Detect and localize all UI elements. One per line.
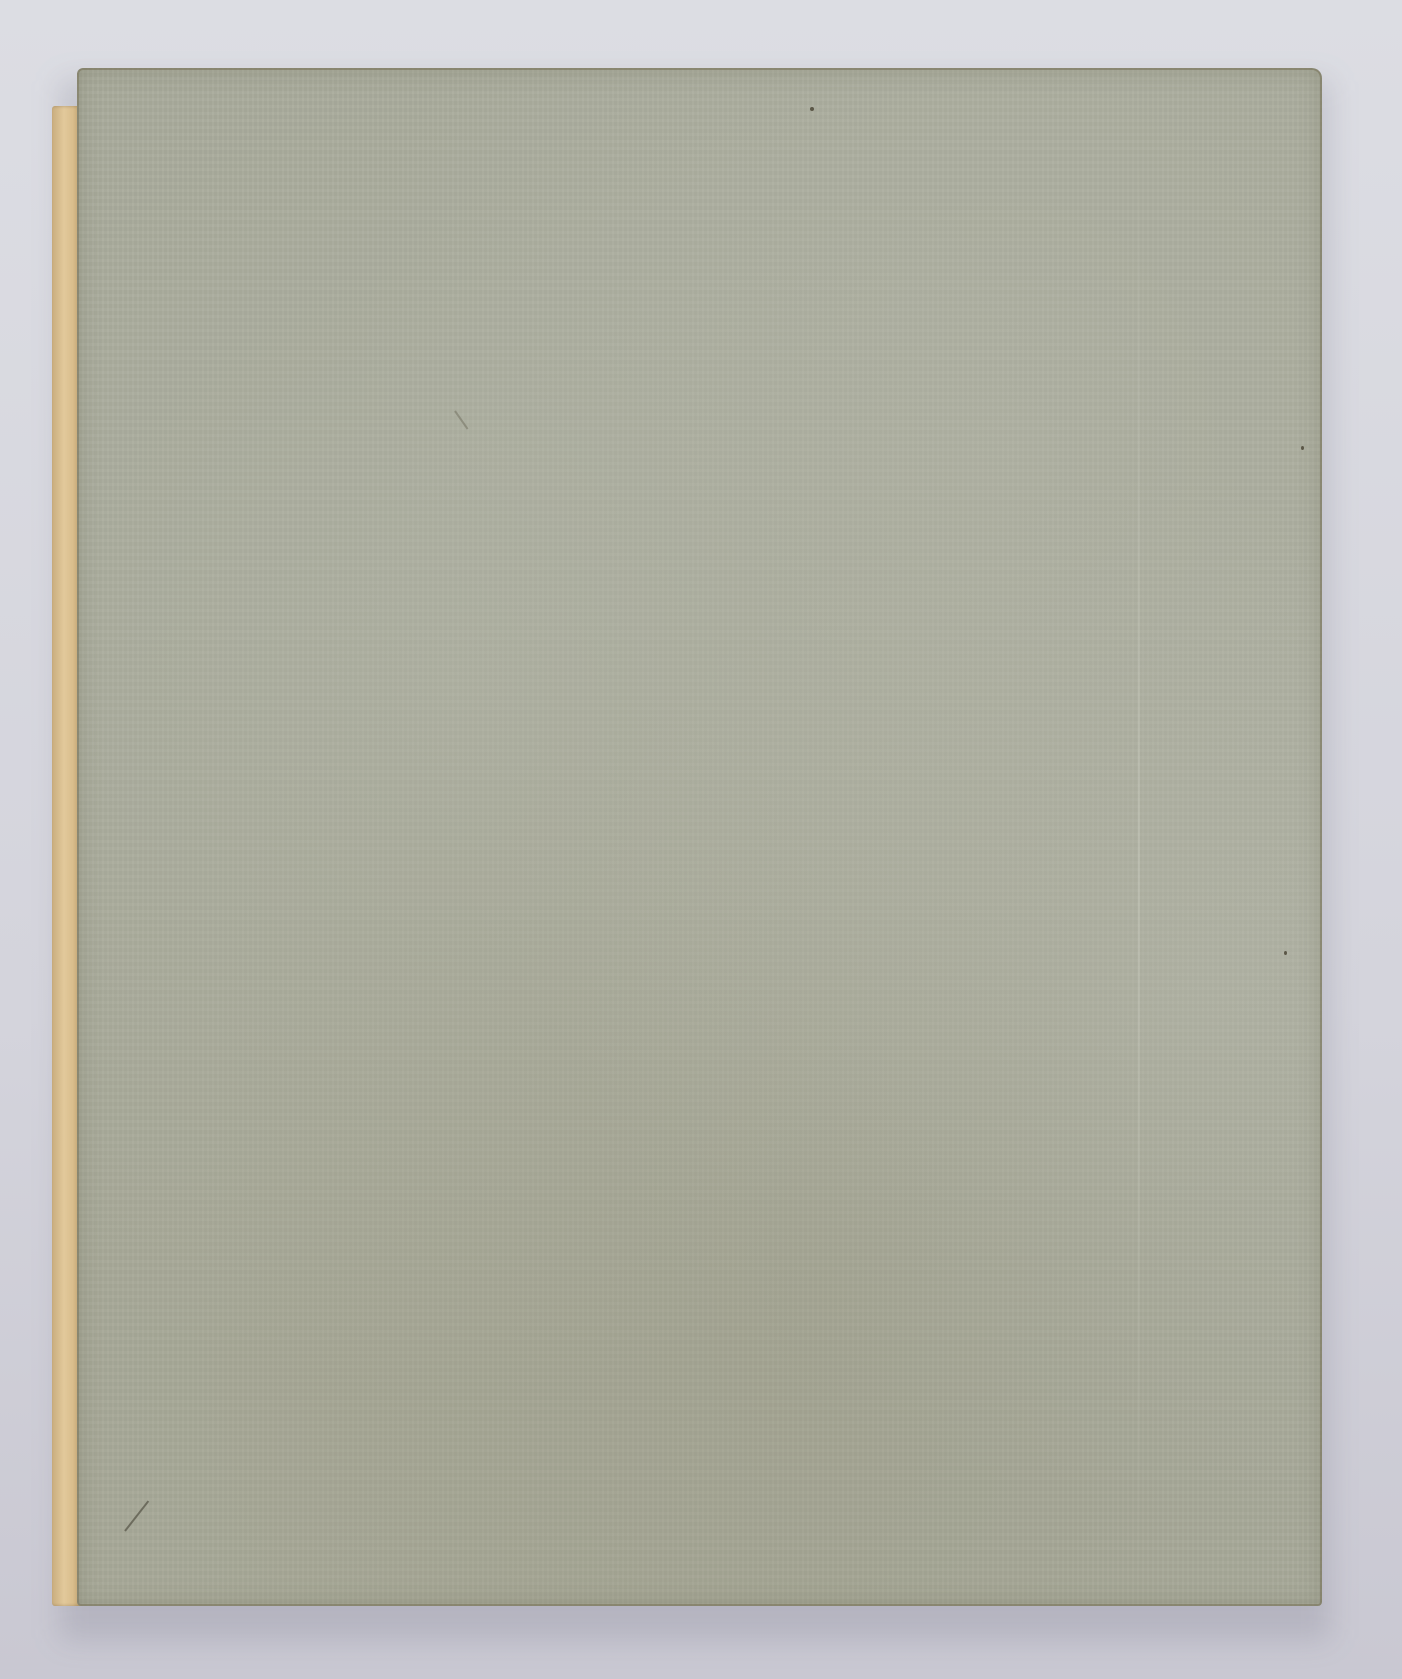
cover-crease [1138, 140, 1140, 1580]
cover-blemish [810, 107, 814, 111]
cover-blemish [1301, 446, 1304, 450]
photo-scene [0, 0, 1402, 1679]
book-back-cover [77, 68, 1322, 1606]
cover-blemish [1284, 951, 1287, 955]
